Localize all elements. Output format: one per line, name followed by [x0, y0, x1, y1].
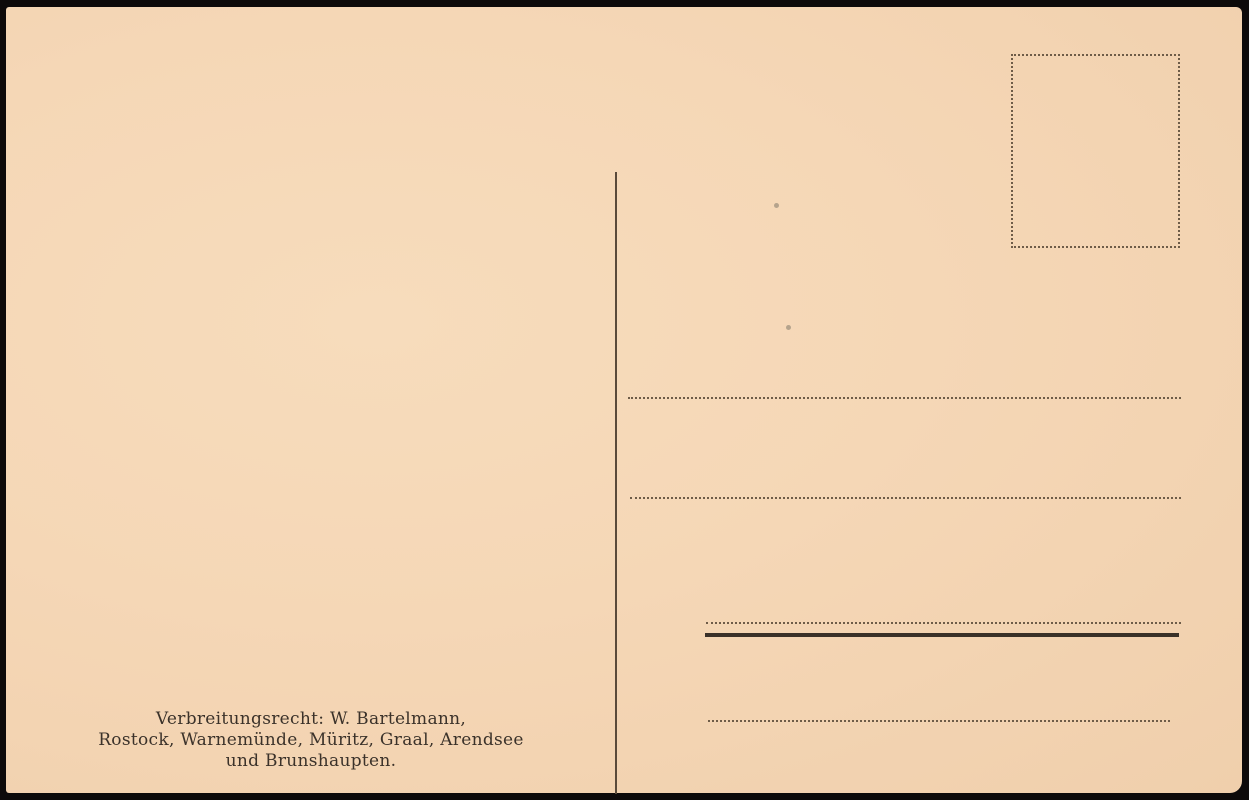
address-line-2	[630, 497, 1181, 499]
publisher-line-1: Verbreitungsrecht: W. Bartelmann,	[56, 709, 566, 730]
stamp-placement-box	[1011, 54, 1180, 248]
paper-speck	[786, 325, 791, 330]
publisher-line-3: und Brunshaupten.	[56, 751, 566, 772]
address-line-4	[708, 720, 1170, 722]
publisher-imprint: Verbreitungsrecht: W. Bartelmann, Rostoc…	[56, 709, 566, 772]
paper-speck	[774, 203, 779, 208]
center-divider-line	[615, 172, 617, 794]
publisher-line-2: Rostock, Warnemünde, Müritz, Graal, Aren…	[56, 730, 566, 751]
address-line-1	[628, 397, 1181, 399]
postcard-back: Verbreitungsrecht: W. Bartelmann, Rostoc…	[6, 7, 1242, 793]
address-line-3-underline	[705, 633, 1179, 637]
address-line-3	[706, 622, 1181, 624]
